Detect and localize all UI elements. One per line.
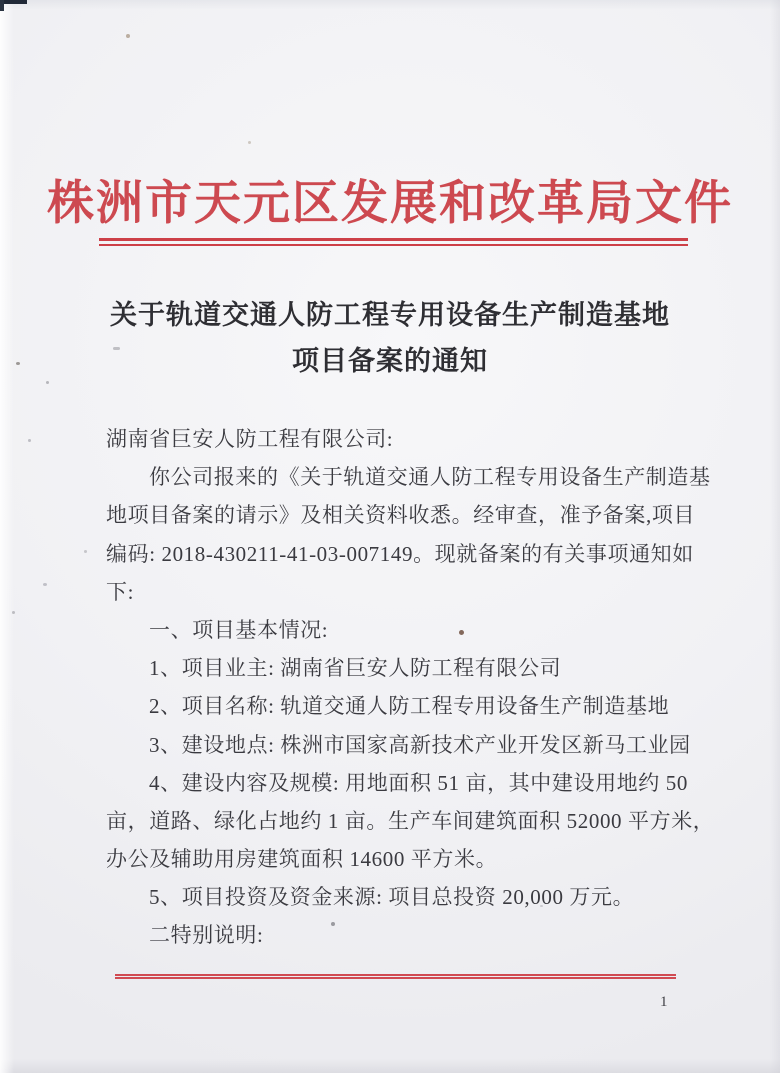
issuing-org-header: 株洲市天元区发展和改革局文件 bbox=[0, 166, 780, 233]
section-heading-line: 一、项目基本情况: bbox=[106, 611, 706, 649]
scan-speck bbox=[43, 583, 47, 586]
list-item-line: 2、项目名称: 轨道交通人防工程专用设备生产制造基地 bbox=[106, 687, 706, 725]
paragraph-line: 编码: 2018-430211-41-03-007149。现就备案的有关事项通知… bbox=[106, 535, 706, 573]
scan-artifact-corner bbox=[0, 0, 4, 11]
section-heading-line: 二特别说明: bbox=[106, 916, 706, 954]
scan-speck bbox=[46, 381, 49, 384]
page-number: 1 bbox=[660, 994, 668, 1011]
document-title: 关于轨道交通人防工程专用设备生产制造基地 项目备案的通知 bbox=[0, 292, 780, 384]
list-item-continuation-line: 办公及辅助用房建筑面积 14600 平方米。 bbox=[106, 840, 706, 878]
document-title-line-1: 关于轨道交通人防工程专用设备生产制造基地 bbox=[0, 292, 780, 338]
scan-speck bbox=[12, 611, 15, 614]
list-item-line: 3、建设地点: 株洲市国家高新技术产业开发区新马工业园 bbox=[106, 726, 706, 764]
scan-speck bbox=[331, 922, 335, 926]
document-body: 湖南省巨安人防工程有限公司: 你公司报来的《关于轨道交通人防工程专用设备生产制造… bbox=[106, 420, 706, 955]
scan-speck bbox=[28, 439, 31, 442]
paragraph-line: 下: bbox=[106, 573, 706, 611]
list-item-line: 1、项目业主: 湖南省巨安人防工程有限公司 bbox=[106, 649, 706, 687]
scan-speck bbox=[16, 362, 20, 365]
footer-double-rule bbox=[115, 974, 676, 979]
list-item-line: 5、项目投资及资金来源: 项目总投资 20,000 万元。 bbox=[106, 878, 706, 916]
scan-speck bbox=[248, 141, 251, 144]
header-double-rule bbox=[99, 238, 688, 246]
scan-artifact-top-edge bbox=[0, 0, 27, 4]
scan-speck bbox=[113, 347, 120, 350]
list-item-line: 4、建设内容及规模: 用地面积 51 亩，其中建设用地约 50 bbox=[106, 764, 706, 802]
document-title-line-2: 项目备案的通知 bbox=[0, 338, 780, 384]
scan-speck bbox=[126, 34, 130, 38]
paragraph-line: 地项目备案的请示》及相关资料收悉。经审查，准予备案,项目 bbox=[106, 496, 706, 534]
addressee-line: 湖南省巨安人防工程有限公司: bbox=[106, 420, 706, 458]
list-item-continuation-line: 亩，道路、绿化占地约 1 亩。生产车间建筑面积 52000 平方米， bbox=[106, 802, 706, 840]
scanned-document-page: 株洲市天元区发展和改革局文件 关于轨道交通人防工程专用设备生产制造基地 项目备案… bbox=[0, 0, 780, 1073]
scan-speck bbox=[84, 550, 87, 553]
scan-speck bbox=[459, 630, 464, 635]
paragraph-line: 你公司报来的《关于轨道交通人防工程专用设备生产制造基 bbox=[106, 458, 706, 496]
scan-speck bbox=[540, 905, 543, 907]
